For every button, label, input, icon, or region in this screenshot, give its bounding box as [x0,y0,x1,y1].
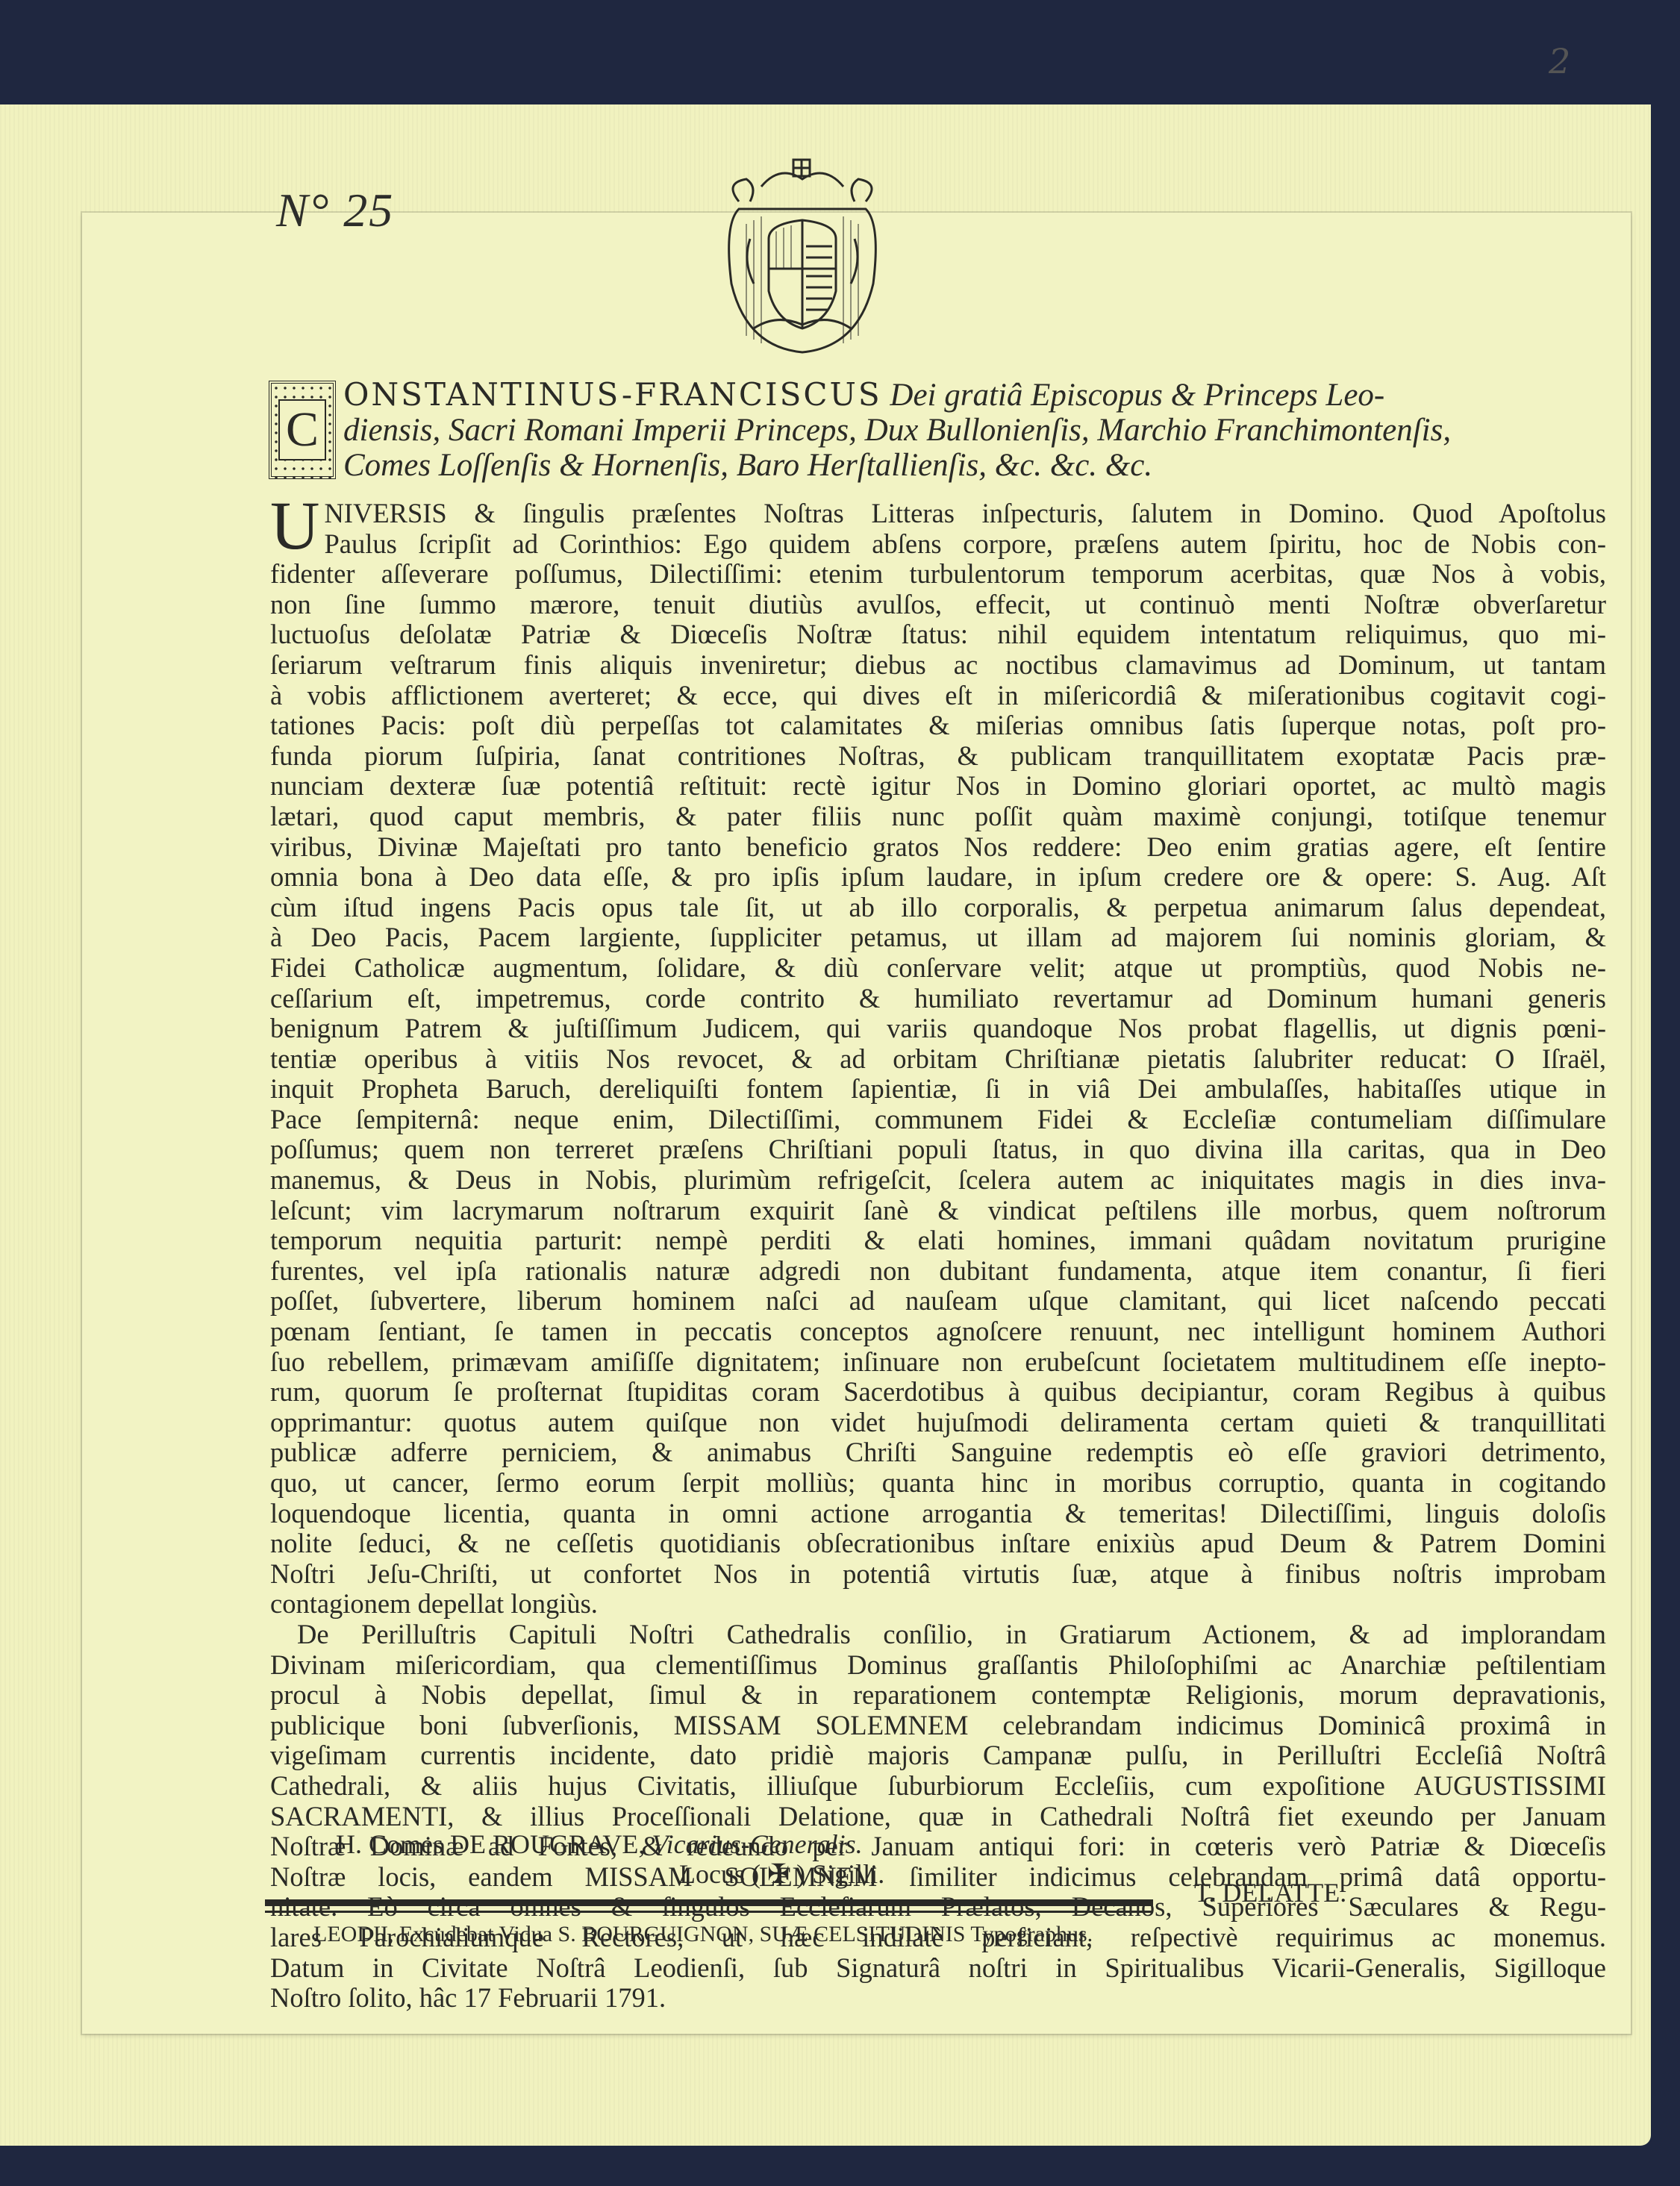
text-line: nunciam dexteræ ſuæ potentiâ reſtituit: … [270,771,1606,802]
text-line: manemus, & Deus in Nobis, plurimùm refri… [270,1165,1606,1196]
text-line: viribus, Divinæ Majeſtati pro tanto bene… [270,832,1606,863]
text-line: rum, quorum ſe proſternat ſtupiditas cor… [270,1377,1606,1408]
text-line: Datum in Civitate Noſtrâ Leodienſi, ſub … [270,1953,1606,1984]
text-line: à vobis afflictionem averteret; & ecce, … [270,681,1606,711]
text-line: pœnam ſentiant, ſe tamen in peccatis con… [270,1317,1606,1347]
text-line: poſſet, ſubvertere, liberum hominem naſc… [270,1286,1606,1317]
text-line: Noſtro ſolito, hâc 17 Februarii 1791. [270,1983,1606,2014]
text-line: Paulus ſcripſit ad Corinthios: Ego quide… [270,529,1606,560]
letter-heading: C ONSTANTINUS-FRANCISCUS Dei gratiâ Epis… [269,377,1597,483]
ornamental-initial: C [269,381,336,479]
paragraph-2: De Perilluſtris Capituli Noſtri Cathedra… [270,1620,1606,2014]
text-line: omnia bona à Deo data eſſe, & pro ipſis … [270,862,1606,893]
text-line: ceſſarium eſt, impetremus, corde contrit… [270,984,1606,1014]
text-line: publicæ adferre perniciem, & animabus Ch… [270,1437,1606,1468]
heading-line-3: Comes Loſſenſis & Hornenſis, Baro Herſta… [343,448,1597,483]
printer-imprint: LEODII, Excudebat Vidua S. BOURGUIGNON, … [313,1922,1093,1947]
text-line: De Perilluſtris Capituli Noſtri Cathedra… [270,1620,1606,1650]
vicar-name: H. Comes DE ROUGRAVE, [336,1829,645,1859]
paragraph-1: NIVERSIS & ſingulis præſentes Noſtras Li… [270,499,1606,1620]
text-line: Pace ſempiternâ: neque enim, Dilectiſſim… [270,1105,1606,1135]
text-line: à Deo Pacis, Pacem largiente, ſupplicite… [270,922,1606,953]
text-line: contagionem depellat longiùs. [270,1589,1606,1620]
text-line: SACRAMENTI, & illius Proceſſionali Delat… [270,1802,1606,1832]
heading-line-1: ONSTANTINUS-FRANCISCUS Dei gratiâ Episco… [343,377,1597,413]
page-number-mark: 2 [1549,41,1570,81]
vicar-title: Vicarius-Generalis. [652,1829,862,1859]
text-line: leſcunt; vim lacrymarum noſtrarum exquir… [270,1196,1606,1226]
text-line: Noſtræ locis, eandem MISSAM SOLEMNEM ſim… [270,1862,1606,1893]
text-line: loquendoque licentia, quanta in omni act… [270,1499,1606,1529]
heading-line-2: diensis, Sacri Romani Imperii Princeps, … [343,413,1597,448]
text-line: funda piorum ſuſpiria, ſanat contritione… [270,741,1606,772]
text-line: Fidei Catholicæ augmentum, ſolidare, & d… [270,953,1606,984]
text-line: inquit Propheta Baruch, dereliquiſti fon… [270,1074,1606,1105]
text-line: poſſumus; quem non terreret præſens Chri… [270,1134,1606,1165]
text-line: vigeſimam currentis incidente, dato prid… [270,1740,1606,1771]
text-line: publicique boni ſubverſionis, MISSAM SOL… [270,1711,1606,1741]
text-line: tationes Pacis: poſt diù perpeſſas tot c… [270,711,1606,741]
text-line: ſeriarum veſtrarum finis aliquis invenir… [270,650,1606,681]
title-continuation: Dei gratiâ Episcopus & Princeps Leo- [890,378,1384,413]
text-line: ſuo rebellem, primævam amiſiſſe dignitat… [270,1347,1606,1378]
text-line: lætari, quod caput membris, & pater fili… [270,802,1606,832]
text-line: Divinam miſericordiam, qua clementiſſimu… [270,1650,1606,1681]
text-line: furentes, vel ipſa rationalis naturæ adg… [270,1256,1606,1287]
seal-place: Locus ( ✠ ) Sigilli. [679,1858,884,1890]
inventory-number: N° 25 [276,183,394,238]
text-line: nolite ſeduci, & ne ceſſetis quotidianis… [270,1528,1606,1559]
text-line: procul à Nobis depellat, ſimul & in repa… [270,1680,1606,1711]
bishop-name: ONSTANTINUS-FRANCISCUS [343,376,882,413]
mandate-body: U NIVERSIS & ſingulis præſentes Noſtras … [270,499,1606,2014]
double-rule-divider [265,1899,1153,1913]
text-line: luctuoſus deſolatæ Patriæ & Diœceſis Noſ… [270,619,1606,650]
coat-of-arms-icon [716,157,888,358]
text-line: Noſtri Jeſu-Chriſti, ut confortet Nos in… [270,1559,1606,1590]
text-line: NIVERSIS & ſingulis præſentes Noſtras Li… [270,499,1606,529]
text-line: cùm iſtud ingens Pacis opus tale ſit, ut… [270,893,1606,923]
text-line: non ſine ſummo mærore, tenuit diutiùs av… [270,590,1606,620]
seal-cross-icon: ✠ [767,1859,790,1889]
body-initial: U [270,503,319,548]
text-line: quo, ut cancer, ſermo eorum ſerpit molli… [270,1468,1606,1499]
text-line: Cathedrali, & aliis hujus Civitatis, ill… [270,1771,1606,1802]
initial-letter: C [278,399,326,460]
text-line: tentiæ operibus à vitiis Nos revocet, & … [270,1044,1606,1075]
text-line: benignum Patrem & juſtiſſimum Judicem, q… [270,1014,1606,1044]
vicar-signature: H. Comes DE ROUGRAVE, Vicarius-Generalis… [336,1829,863,1860]
secretary-signature: T. DELATTE. [1194,1877,1346,1908]
text-line: fidenter aſſeverare poſſumus, Dilectiſſi… [270,559,1606,590]
text-line: temporum nequitia parturit: nempè perdit… [270,1225,1606,1256]
text-line: opprimantur: quotus autem quiſque non vi… [270,1408,1606,1438]
